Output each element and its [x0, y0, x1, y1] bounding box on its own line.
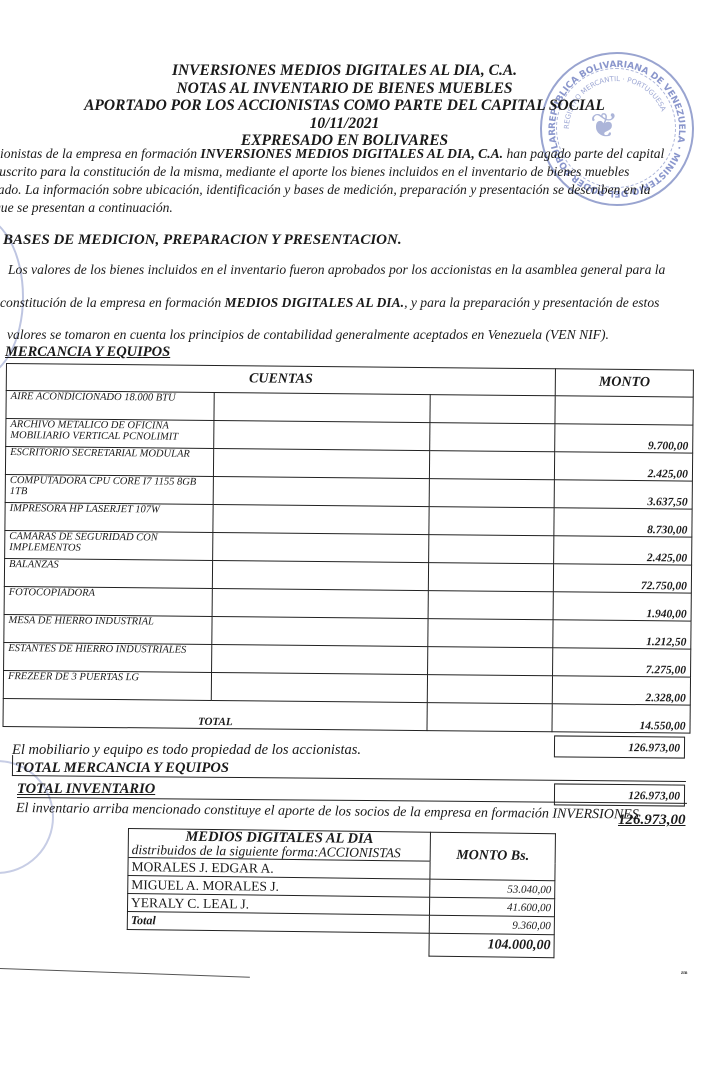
- shareholder-grand-total-row: 104.000,00: [127, 929, 554, 957]
- mercancia-total-amount: 126.973,00: [554, 735, 685, 758]
- empty-cell: [214, 421, 431, 451]
- empty-cell: [212, 644, 429, 674]
- shareholder-amount: 9.360,00: [429, 915, 554, 935]
- empty-cell: [430, 423, 555, 452]
- document-title: NOTAS AL INVENTARIO DE BIENES MUEBLES: [0, 80, 697, 98]
- total-mercancia-label: TOTAL MERCANCIA Y EQUIPOS: [15, 760, 229, 777]
- empty-cell: [214, 393, 431, 423]
- column-header-monto: MONTO: [555, 369, 693, 397]
- account-amount: 1.212,50: [553, 620, 691, 649]
- empty-cell: [429, 507, 554, 536]
- empty-cell: [213, 504, 430, 534]
- document-subtitle: APORTADO POR LOS ACCIONISTAS COMO PARTE …: [0, 97, 697, 115]
- empty-cell: [428, 647, 553, 676]
- document-date: 10/11/2021: [0, 115, 697, 133]
- account-name: BALANZAS: [4, 558, 212, 588]
- empty-cell: [427, 703, 552, 732]
- empty-cell: [429, 591, 554, 620]
- account-amount: 3.637,50: [554, 480, 692, 509]
- inventory-total-amount: 126.973,00: [618, 812, 686, 829]
- account-amount: 2.425,00: [554, 536, 692, 565]
- bases-text: valores se tomaron en cuenta los princip…: [7, 327, 609, 343]
- empty-cell: [213, 532, 430, 562]
- account-name: COMPUTADORA CPU CORE I7 1155 8GB 1TB: [5, 474, 213, 504]
- intro-text: han pagado parte del capital: [503, 146, 664, 161]
- company-name-inline: MEDIOS DIGITALES AL DIA.: [225, 295, 405, 310]
- account-amount: 8.730,00: [554, 508, 692, 537]
- empty-cell: [429, 535, 554, 564]
- account-name: CAMARAS DE SEGURIDAD CON IMPLEMENTOS: [5, 530, 213, 560]
- document-page: REPUBLICA BOLIVARIANA DE VENEZUELA · MIN…: [0, 0, 705, 1080]
- account-name: AIRE ACONDICIONADO 18.000 BTU: [6, 391, 214, 421]
- account-name: ESTANTES DE HIERRO INDUSTRIALES: [4, 642, 212, 672]
- bases-text-part: constitución de la empresa en formación: [0, 295, 225, 310]
- table-total-row: TOTAL14.550,00: [3, 698, 690, 733]
- empty-cell: [213, 476, 430, 506]
- empty-cell: [213, 560, 430, 590]
- empty-cell: [211, 672, 428, 702]
- shareholder-amount: 41.600,00: [429, 897, 554, 917]
- shareholders-total-amount: 104.000,00: [429, 933, 554, 958]
- shareholders-header-row: MEDIOS DIGITALES AL DIA distribuidos de …: [128, 829, 555, 863]
- inventory-note: El inventario arriba mencionado constitu…: [16, 801, 639, 824]
- account-amount: 7.275,00: [553, 648, 691, 677]
- bases-text: Los valores de los bienes incluidos en e…: [8, 262, 665, 278]
- intro-text: suscrito para la constitución de la mism…: [0, 163, 694, 181]
- account-amount: 14.550,00: [552, 704, 690, 733]
- account-amount: 72.750,00: [554, 564, 692, 593]
- mercancia-heading: MERCANCIA Y EQUIPOS: [5, 344, 170, 361]
- account-amount: 2.425,00: [555, 452, 693, 481]
- account-name: MESA DE HIERRO INDUSTRIAL: [4, 614, 212, 644]
- shareholders-header: MEDIOS DIGITALES AL DIA distribuidos de …: [128, 829, 430, 862]
- company-name-inline: INVERSIONES MEDIOS DIGITALES AL DIA, C.A…: [200, 146, 503, 161]
- empty-cell: [428, 675, 553, 704]
- account-amount: 9.700,00: [555, 424, 693, 453]
- empty-cell: [212, 616, 429, 646]
- intro-text: que se presentan a continuación.: [0, 199, 694, 217]
- document-header: INVERSIONES MEDIOS DIGITALES AL DIA, C.A…: [0, 62, 697, 150]
- empty-cell: [430, 479, 555, 508]
- empty-cell: [214, 448, 431, 478]
- bases-text-part: , y para la preparación y presentación d…: [404, 295, 659, 310]
- account-name: FOTOCOPIADORA: [4, 586, 212, 616]
- total-label: TOTAL: [3, 698, 428, 730]
- account-name: ESCRITORIO SECRETARIAL MODULAR: [5, 447, 213, 477]
- shareholder-amount: 53.040,00: [430, 879, 555, 899]
- account-amount: [555, 396, 693, 425]
- column-header-monto-bs: MONTO Bs.: [430, 832, 556, 881]
- empty-cell: [428, 619, 553, 648]
- empty-cell: [212, 588, 429, 618]
- account-amount: 2.328,00: [552, 676, 690, 705]
- intro-text: tado. La información sobre ubicación, id…: [0, 181, 694, 199]
- empty-cell: [127, 929, 429, 956]
- shareholders-table: MEDIOS DIGITALES AL DIA distribuidos de …: [126, 828, 555, 958]
- bases-text: constitución de la empresa en formación …: [0, 295, 659, 311]
- empty-cell: [429, 563, 554, 592]
- account-name: IMPRESORA HP LASERJET 107W: [5, 502, 213, 532]
- empty-cell: [430, 451, 555, 480]
- empty-cell: [430, 395, 555, 424]
- intro-paragraph: cionistas de la empresa en formación INV…: [0, 145, 694, 217]
- footer-mark: zm: [681, 971, 687, 976]
- scan-artifact-line: [0, 968, 250, 978]
- company-name: INVERSIONES MEDIOS DIGITALES AL DIA, C.A…: [0, 62, 697, 80]
- inventory-table: CUENTAS MONTO AIRE ACONDICIONADO 18.000 …: [3, 363, 694, 734]
- account-name: ARCHIVO METALICO DE OFICINA MOBILIARIO V…: [6, 419, 214, 449]
- account-name: FREZEER DE 3 PUERTAS LG: [3, 670, 211, 700]
- intro-text: cionistas de la empresa en formación: [0, 146, 200, 161]
- bases-heading: BASES DE MEDICION, PREPARACION Y PRESENT…: [3, 232, 402, 249]
- total-inventario-label: TOTAL INVENTARIO: [17, 781, 155, 798]
- account-amount: 1.940,00: [553, 592, 691, 621]
